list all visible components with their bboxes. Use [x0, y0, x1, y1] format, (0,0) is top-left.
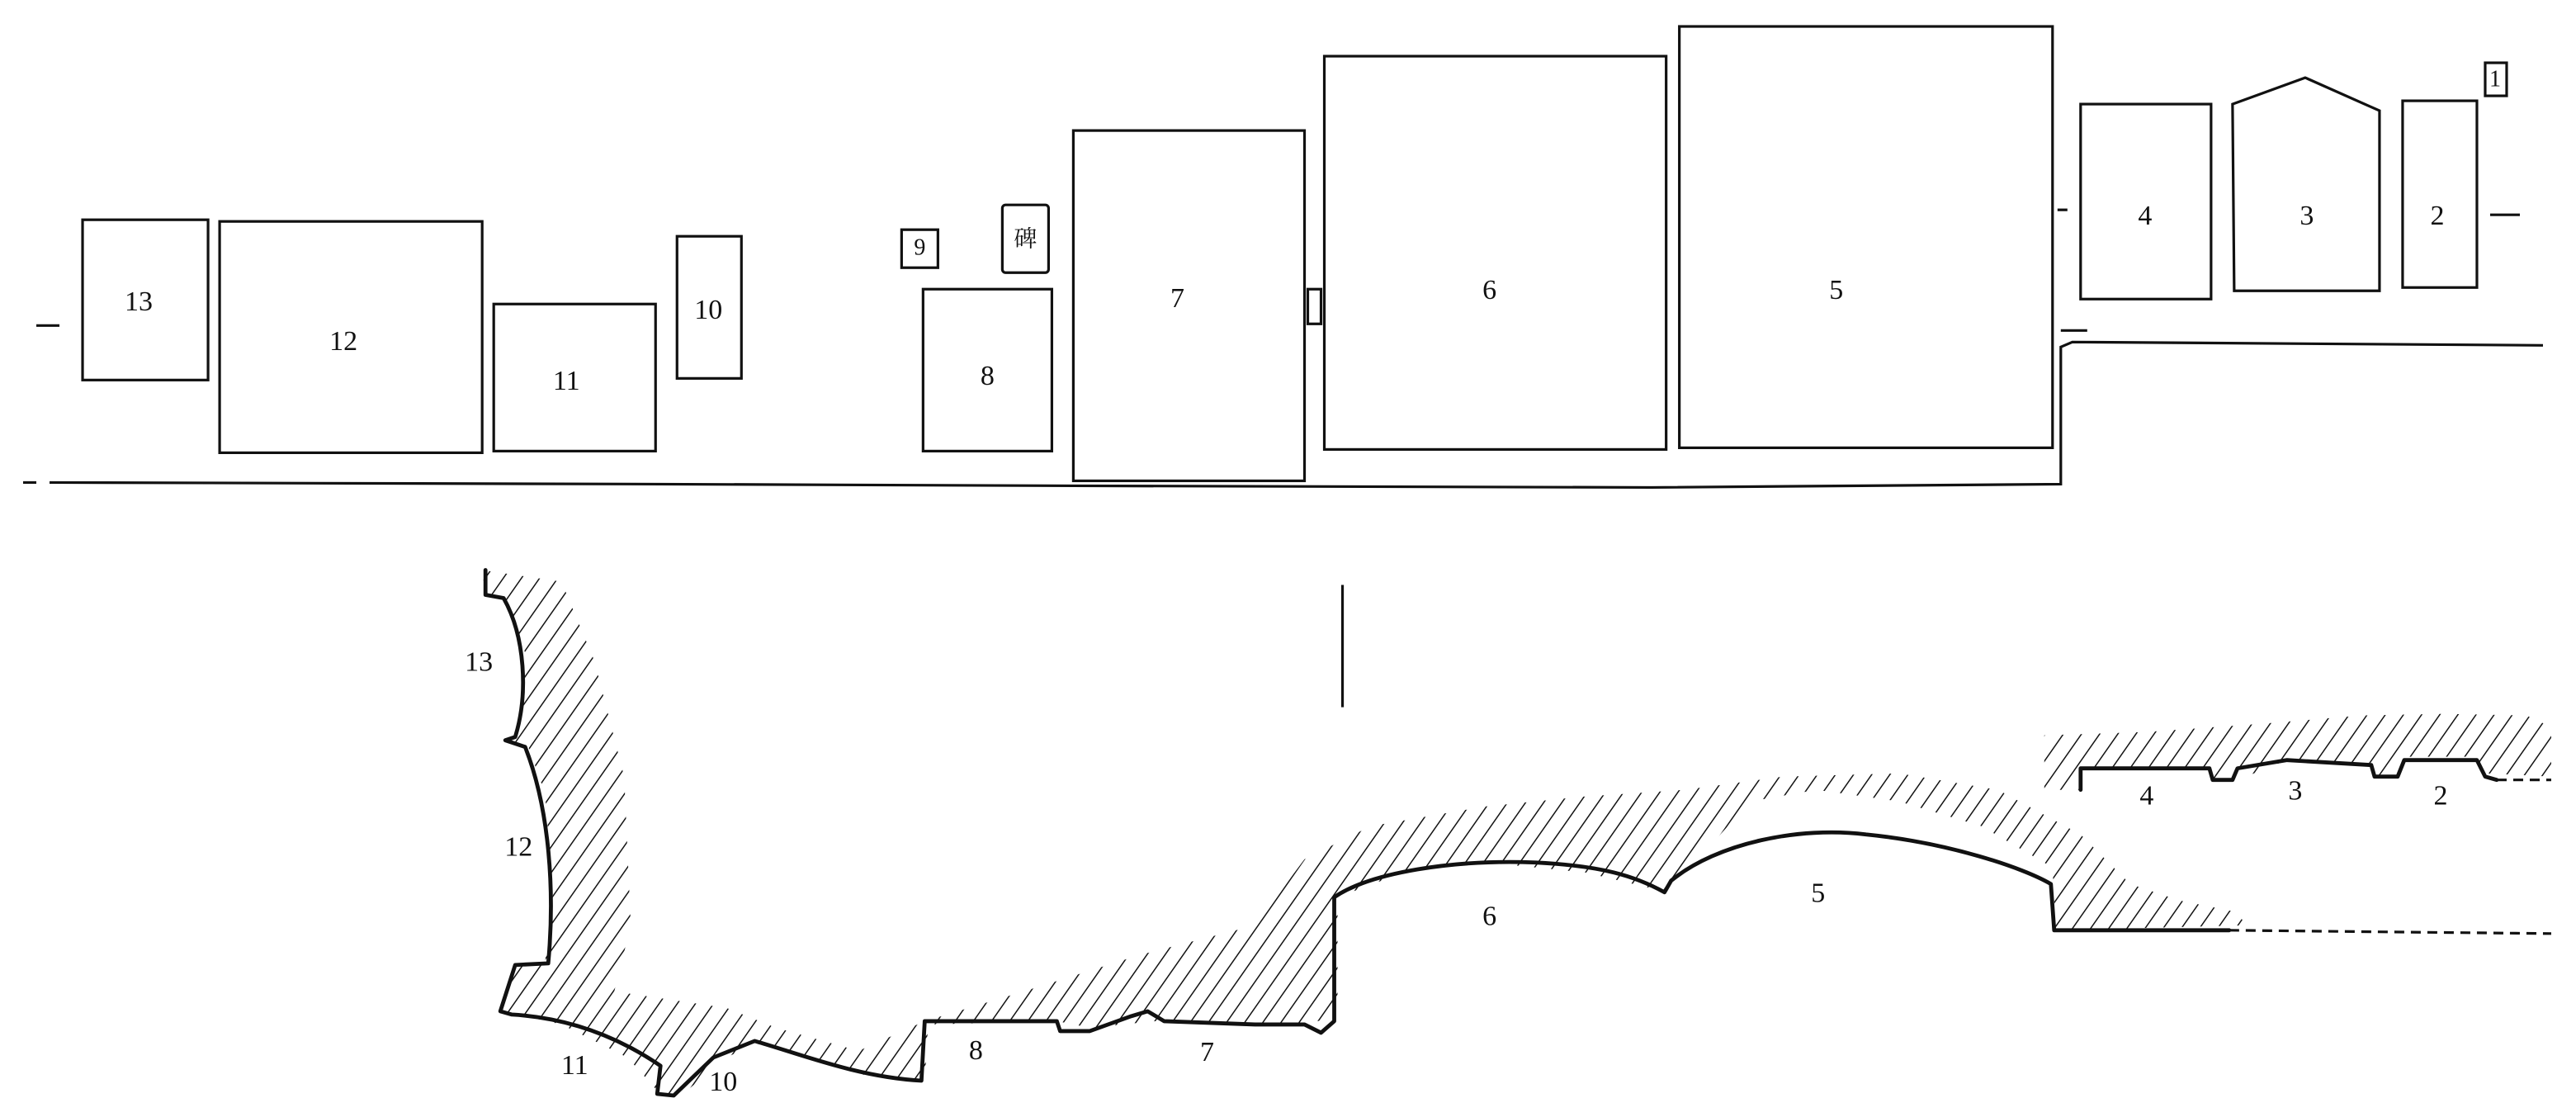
- niche-label: 8: [981, 361, 995, 391]
- niche-label: 6: [1482, 275, 1496, 305]
- niche-8: 8: [923, 289, 1052, 451]
- niche-label: 10: [694, 295, 722, 325]
- niche-6: 6: [1325, 56, 1666, 449]
- plan-label-12: 12: [504, 832, 532, 863]
- niche-1: 1: [2485, 63, 2507, 96]
- plan-view: 13 12 11 10 8 7 6 5 4 3 2: [465, 570, 2551, 1099]
- niche-label: 5: [1829, 275, 1843, 305]
- plan-label-3: 3: [2288, 776, 2302, 807]
- plan-label-10: 10: [709, 1067, 737, 1097]
- niche-4: 4: [2081, 104, 2211, 299]
- plan-label-8: 8: [969, 1035, 983, 1066]
- niche-3: 3: [2233, 78, 2380, 291]
- plan-label-11: 11: [561, 1050, 588, 1081]
- plan-label-7: 7: [1200, 1037, 1214, 1067]
- elevation-view: 13 12 11 10 9 碑 8: [23, 26, 2543, 487]
- niche-12: 12: [220, 221, 482, 452]
- niche-label: 2: [2430, 201, 2444, 231]
- niche-5: 5: [1680, 26, 2053, 447]
- niche-2: 2: [2403, 101, 2477, 287]
- stele-label: 碑: [1014, 226, 1037, 253]
- plan-label-6: 6: [1482, 902, 1496, 932]
- niche-13: 13: [83, 220, 208, 380]
- rock-hatching-main: [482, 570, 2246, 1099]
- plan-label-5: 5: [1811, 878, 1825, 909]
- niche-10: 10: [677, 236, 741, 378]
- niche-label: 7: [1170, 283, 1184, 314]
- niche-label: 9: [914, 235, 925, 261]
- small-slot: [1308, 289, 1321, 324]
- niche-label: 4: [2138, 201, 2152, 231]
- cave-niche-diagram: 13 12 11 10 9 碑 8: [0, 0, 2576, 1117]
- niche-label: 13: [125, 286, 153, 317]
- plan-label-13: 13: [465, 646, 493, 677]
- plan-label-2: 2: [2433, 781, 2447, 812]
- niche-label: 11: [553, 366, 580, 396]
- plan-dashed-line: [2229, 930, 2551, 934]
- niche-11: 11: [494, 304, 655, 451]
- niche-9: 9: [901, 230, 938, 267]
- stele-marker: 碑: [1002, 205, 1048, 272]
- niche-label: 12: [329, 326, 357, 357]
- niche-label: 1: [2489, 66, 2501, 92]
- plan-label-4: 4: [2139, 781, 2153, 812]
- niche-label: 3: [2299, 201, 2314, 231]
- niche-7: 7: [1073, 130, 1304, 480]
